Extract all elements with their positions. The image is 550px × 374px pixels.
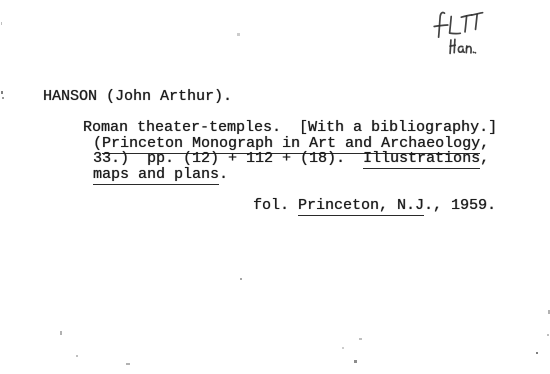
scan-artifact [240,278,242,280]
handwritten-TT [461,13,482,32]
imprint-trailing: ., 1959. [424,197,496,214]
scan-artifact [359,338,362,340]
scan-artifact [1,22,2,25]
handwriting-svg [426,8,498,58]
scan-artifact [126,363,130,365]
scan-artifact [547,334,549,336]
scan-artifact [354,360,357,363]
author-heading: HANSON (John Arthur). [43,89,232,105]
collation-pre: 33.) pp. (12) + 112 + (18). [93,150,363,167]
handwritten-f [434,13,448,38]
collation-line: 33.) pp. (12) + 112 + (18). Illustration… [93,151,489,167]
collation-continuation-line: maps and plans. [93,167,228,183]
scan-artifact [2,97,4,99]
collation-underlined: Illustrations [363,150,480,169]
title-line: Roman theater-temples. [With a bibliogra… [83,120,497,136]
scan-artifact [536,352,538,354]
scan-artifact [237,33,240,36]
handwritten-L [450,17,461,34]
scan-artifact [76,355,78,357]
imprint-format: fol. [253,197,298,214]
imprint-place-underlined: Princeton, N.J [298,197,424,216]
catalog-card-scan: HANSON (John Arthur). Roman theater-temp… [0,0,550,374]
scan-artifact [1,91,3,94]
collation-continuation-trailing: . [219,166,228,183]
collation-trailing: , [480,150,489,167]
collation-continuation-underlined: maps and plans [93,166,219,185]
scan-artifact [342,347,344,349]
shelfmark-handwritten [426,8,498,58]
scan-artifact [60,331,62,335]
imprint-line: fol. Princeton, N.J., 1959. [253,198,496,214]
handwritten-Han [450,39,476,53]
